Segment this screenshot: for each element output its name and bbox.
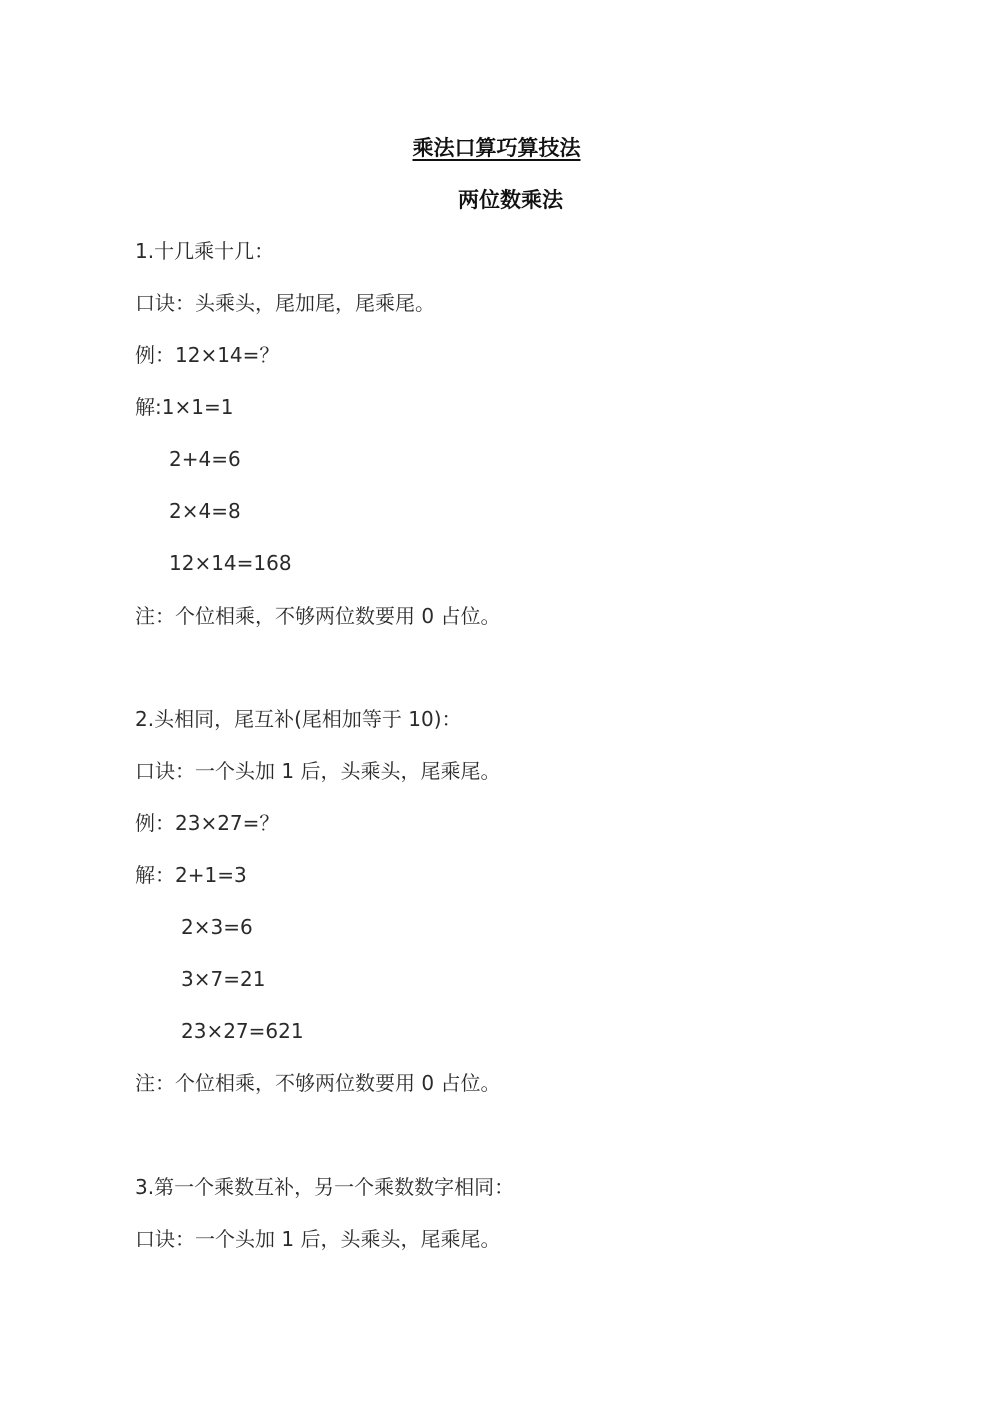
section-1-example: 例：12×14=？ [135,341,279,369]
page-title: 乘法口算巧算技法 [0,132,993,162]
section-1-heading: 1.十几乘十几： [135,237,274,265]
section-2-rhyme: 口诀：一个头加 1 后，头乘头，尾乘尾。 [135,757,500,785]
section-1-step: 2×4=8 [169,497,241,525]
section-2-example: 例：23×27=？ [135,809,279,837]
section-2-note: 注：个位相乘，不够两位数要用 0 占位。 [135,1069,500,1097]
section-1-rhyme: 口诀：头乘头，尾加尾，尾乘尾。 [135,289,435,317]
section-1-step: 12×14=168 [169,549,292,577]
section-2-solution: 解：2+1=3 [135,861,247,889]
page-subtitle: 两位数乘法 [458,184,563,214]
section-2-step: 2×3=6 [181,913,253,941]
section-2-step: 3×7=21 [181,965,265,993]
section-1-solution: 解:1×1=1 [135,393,233,421]
section-1-note: 注：个位相乘，不够两位数要用 0 占位。 [135,602,500,630]
section-3-heading: 3.第一个乘数互补，另一个乘数数字相同： [135,1173,514,1201]
section-2-step: 23×27=621 [181,1017,304,1045]
section-2-heading: 2.头相同，尾互补(尾相加等于 10)： [135,705,462,733]
section-1-step: 2+4=6 [169,445,241,473]
section-3-rhyme: 口诀：一个头加 1 后，头乘头，尾乘尾。 [135,1225,500,1253]
